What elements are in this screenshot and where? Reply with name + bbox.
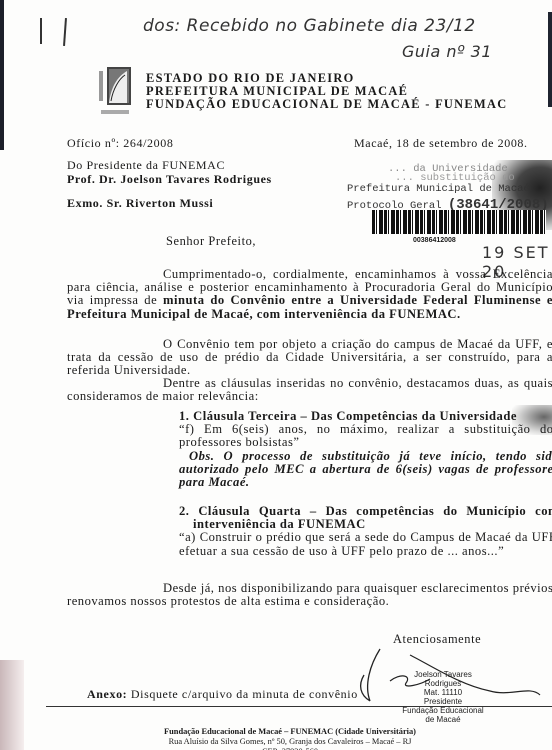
clause-1-quote: “f) Em 6(seis) anos, no máximo, realizar… <box>179 423 552 449</box>
body-paragraph-2: O Convênio tem por objeto a criação do c… <box>67 338 552 378</box>
body-paragraph-3: Dentre as cláusulas inseridas no convêni… <box>67 377 552 403</box>
barcode <box>372 210 546 234</box>
funemac-logo <box>97 67 133 117</box>
stamp-prefeitura: Prefeitura Municipal de Macaé <box>347 183 530 195</box>
clause-2-quote: “a) Construir o prédio que será a sede d… <box>179 531 552 557</box>
clause-2: 2. Cláusula Quarta – Das competências do… <box>179 505 552 558</box>
salutation: Senhor Prefeito, <box>166 234 256 249</box>
pen-mark <box>40 18 42 44</box>
letterhead: ESTADO DO RIO DE JANEIRO PREFEITURA MUNI… <box>146 72 508 111</box>
sender-name: Prof. Dr. Joelson Tavares Rodrigues <box>67 172 272 186</box>
signature-org: Fundação Educacional de Macaé <box>397 706 489 724</box>
signature-name: Joelson Tavares Rodrigues <box>397 670 489 688</box>
annex-text: Disquete c/arquivo da minuta de convênio <box>131 687 358 701</box>
pen-mark <box>63 18 67 46</box>
letter-date: Macaé, 18 de setembro de 2008. <box>354 136 528 151</box>
clause-1-obs: Obs. O processo de substituição já teve … <box>179 450 552 490</box>
body-paragraph-1: Cumprimentado-o, cordialmente, encaminha… <box>67 268 552 321</box>
letterhead-funemac: FUNDAÇÃO EDUCACIONAL DE MACAÉ - FUNEMAC <box>146 98 508 111</box>
annex-label: Anexo: <box>87 687 127 701</box>
footer-org: Fundação Educacional de Macaé – FUNEMAC … <box>160 727 420 737</box>
signature-mat: Mat. 11110 <box>397 688 489 697</box>
sender-title: Do Presidente da FUNEMAC <box>67 158 272 172</box>
clause-1: 1. Cláusula Terceira – Das Competências … <box>179 410 552 489</box>
scan-edge-left <box>0 0 4 150</box>
scan-edge-right <box>548 12 552 107</box>
handwritten-note: dos: Recebido no Gabinete dia 23/12 <box>143 16 476 36</box>
clause-2-title: 2. Cláusula Quarta – Das competências do… <box>179 505 552 531</box>
sender-block: Do Presidente da FUNEMAC Prof. Dr. Joels… <box>67 158 272 186</box>
oficio-number: Ofício nº: 264/2008 <box>67 136 173 151</box>
barcode-number: 00386412008 <box>413 237 456 244</box>
footer-street: Rua Aluísio da Silva Gomes, nº 50, Granj… <box>160 737 420 747</box>
footer-divider <box>46 706 552 707</box>
signature-stamp: Joelson Tavares Rodrigues Mat. 11110 Pre… <box>397 670 489 724</box>
signature-role: Presidente <box>397 697 489 706</box>
scan-shadow-left <box>0 660 24 750</box>
recipient: Exmo. Sr. Riverton Mussi <box>67 196 213 211</box>
annex: Anexo: Disquete c/arquivo da minuta de c… <box>87 687 358 702</box>
handwritten-guia: Guia nº 31 <box>402 42 492 61</box>
closing-paragraph: Desde já, nos disponibilizando para quai… <box>67 582 552 608</box>
footer-address: Fundação Educacional de Macaé – FUNEMAC … <box>160 727 420 750</box>
